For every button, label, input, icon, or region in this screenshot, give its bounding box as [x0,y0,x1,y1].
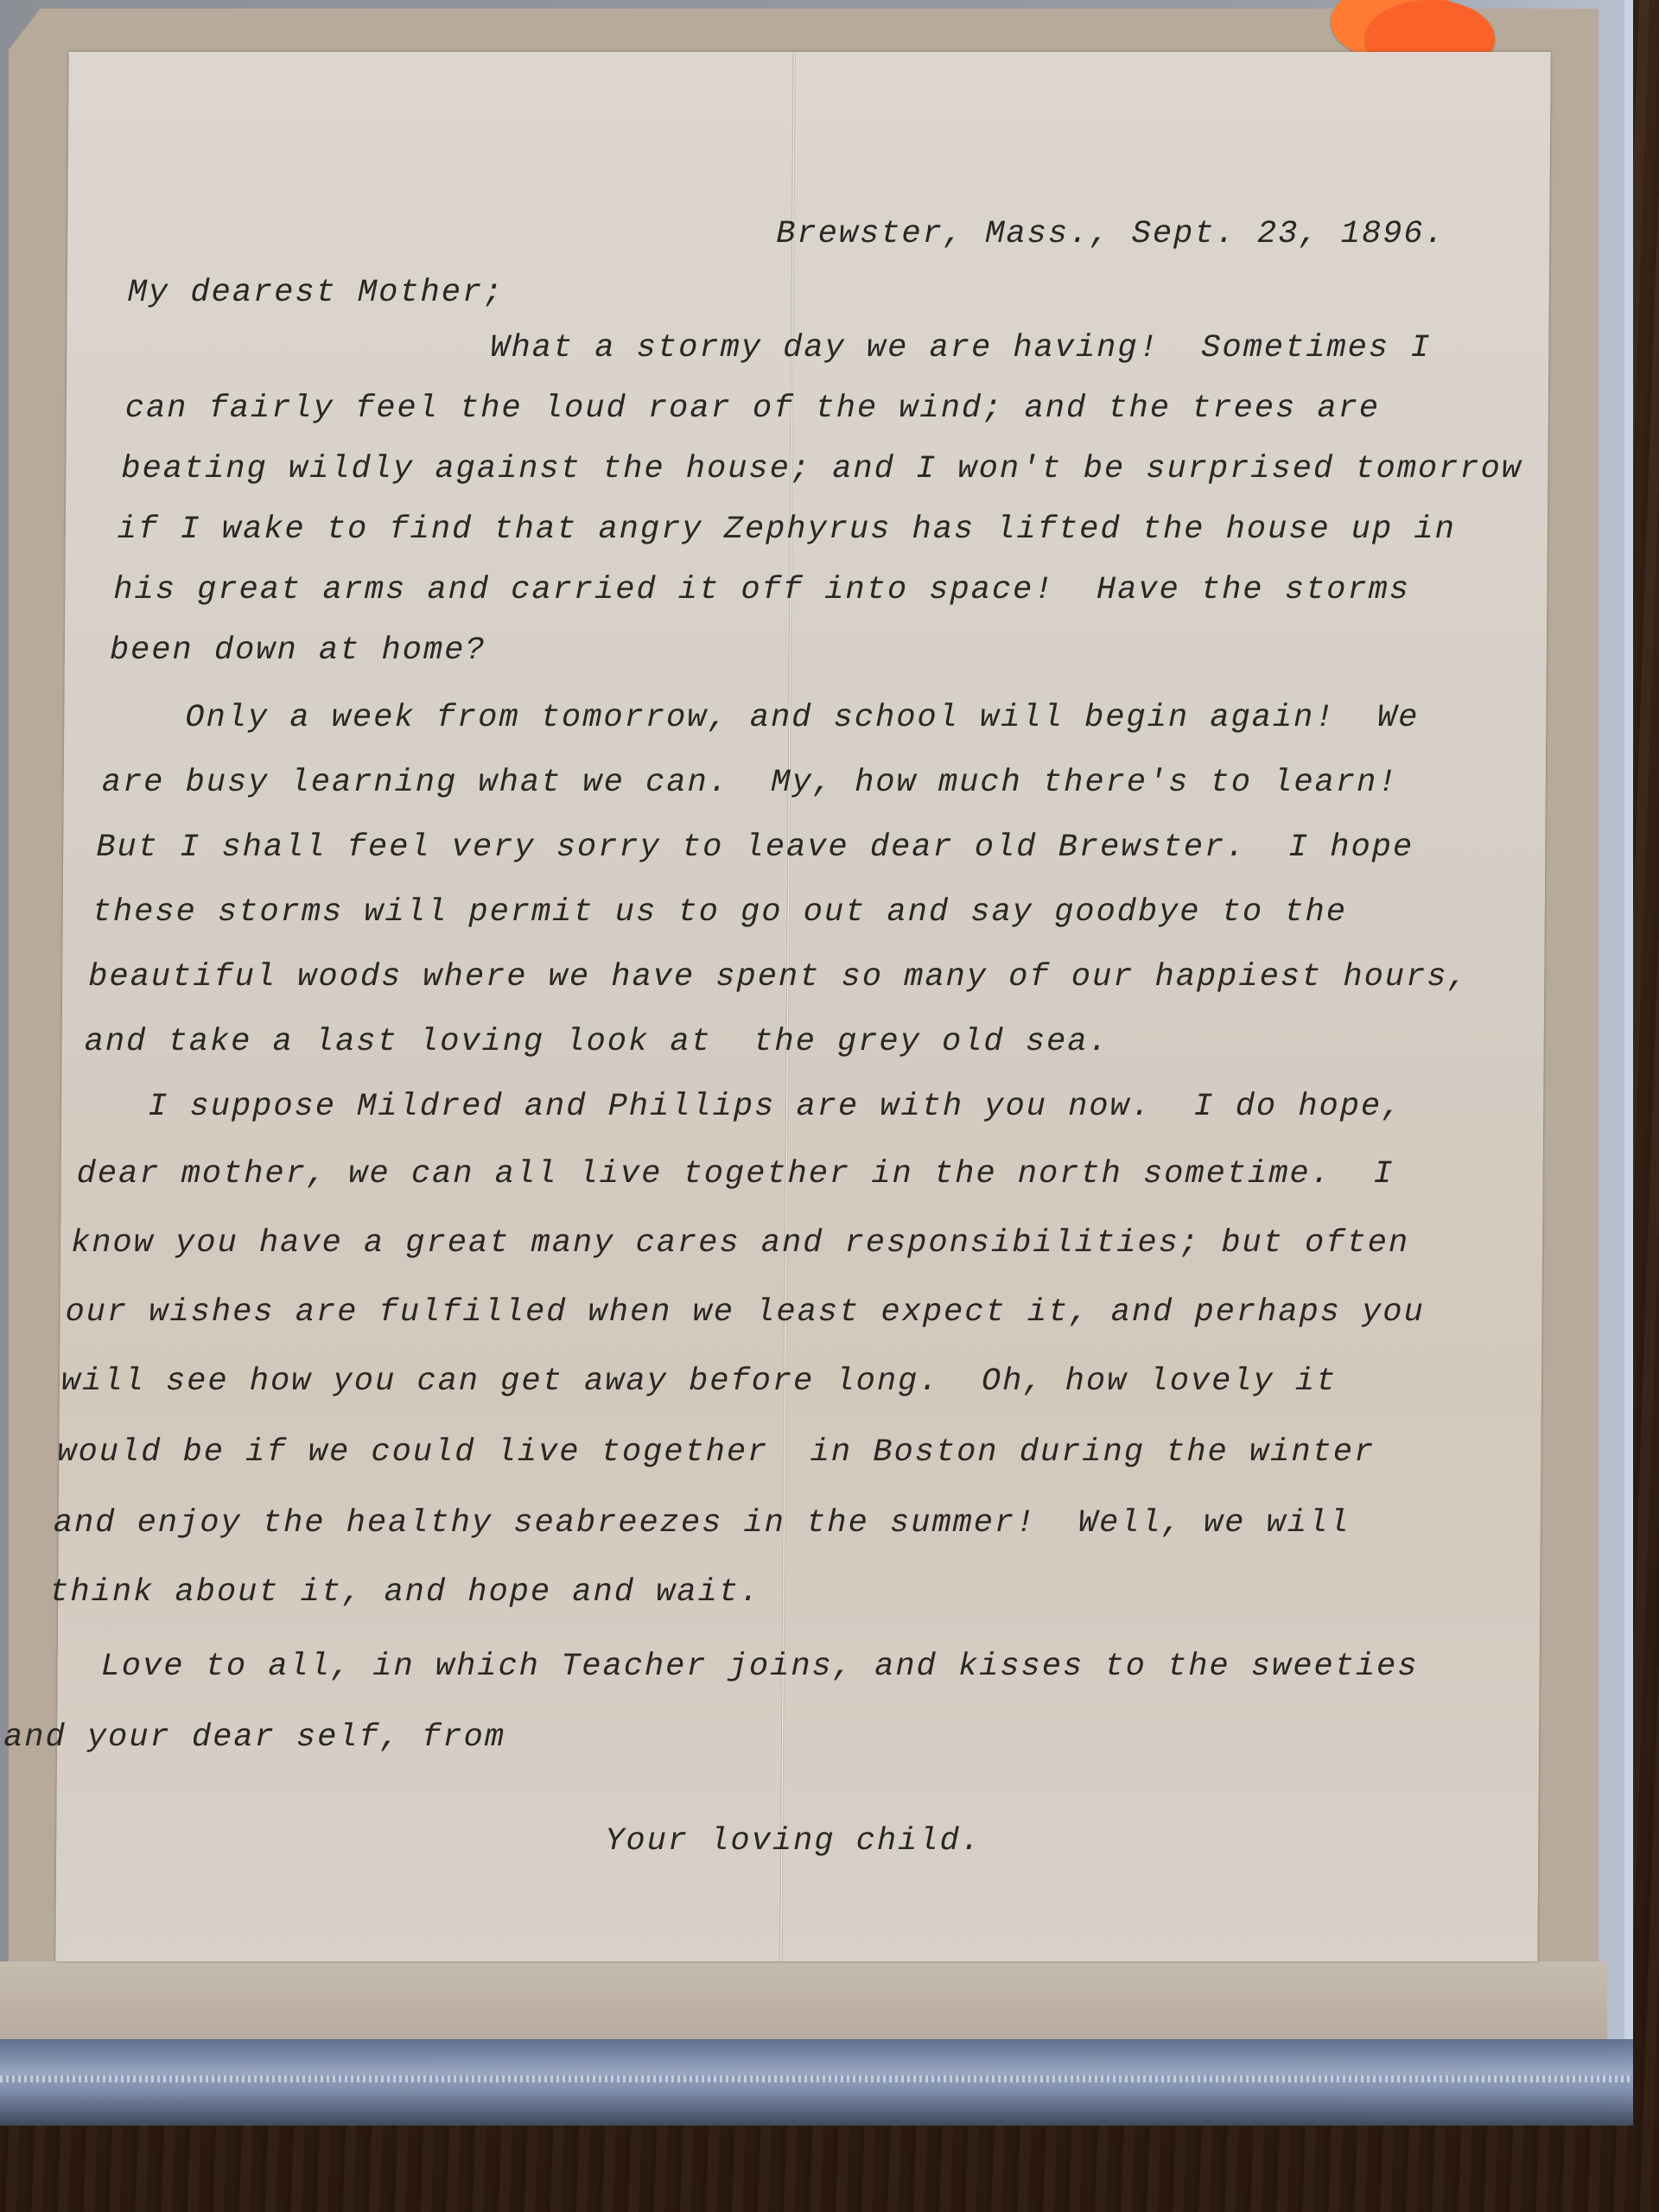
body-line: Only a week from tomorrow, and school wi… [185,700,1419,736]
body-line: beating wildly against the house; and I … [121,451,1522,487]
letter-page: Brewster, Mass., Sept. 23, 1896. My dear… [55,52,1550,1961]
body-line: his great arms and carried it off into s… [113,572,1410,608]
sleeve-edge [0,2039,1633,2126]
body-line: Love to all, in which Teacher joins, and… [101,1649,1419,1685]
body-line: What a stormy day we are having! Sometim… [490,330,1431,366]
closing: Your loving child. [605,1823,982,1859]
body-line: and your dear self, from [3,1719,505,1756]
body-line: and take a last loving look at the grey … [85,1024,1109,1060]
body-line: can fairly feel the loud roar of the win… [125,391,1381,427]
body-line: these storms will permit us to go out an… [92,894,1348,931]
body-line: if I wake to find that angry Zephyrus ha… [118,512,1456,548]
body-line: know you have a great many cares and res… [71,1225,1409,1262]
letter-text: Brewster, Mass., Sept. 23, 1896. My dear… [55,52,1550,1961]
body-line: beautiful woods where we have spent so m… [88,959,1469,995]
body-line: our wishes are fulfilled when we least e… [65,1294,1425,1331]
body-line: been down at home? [110,632,486,669]
salutation: My dearest Mother; [128,275,505,311]
dateline: Brewster, Mass., Sept. 23, 1896. [776,216,1446,252]
body-line: will see how you can get away before lon… [61,1363,1338,1400]
body-line: dear mother, we can all live together in… [76,1156,1394,1192]
body-line: are busy learning what we can. My, how m… [102,765,1399,801]
body-line: But I shall feel very sorry to leave dea… [96,829,1414,866]
body-line: I suppose Mildred and Phillips are with … [148,1089,1403,1125]
body-line: would be if we could live together in Bo… [57,1434,1375,1471]
body-line: and enjoy the healthy seabreezes in the … [54,1505,1351,1541]
body-line: think about it, and hope and wait. [49,1574,760,1611]
